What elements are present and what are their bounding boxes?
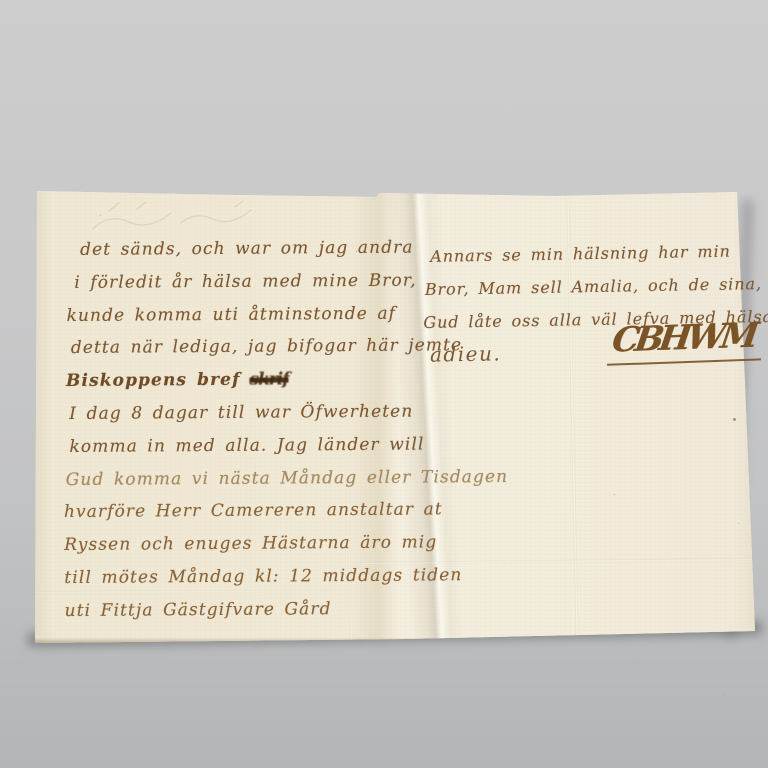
handwritten-line: Biskoppens brefskrif: [63, 362, 508, 398]
closing-word: adieu.: [430, 341, 502, 366]
handwritten-line: uti Fittja Gästgifvare Gård: [65, 592, 510, 628]
handwritten-line: komma in med alla. Jag länder will: [63, 428, 508, 464]
handwritten-line: I dag 8 dagar till war Öfwerheten: [63, 395, 508, 431]
strikethrough-word: skrif: [249, 370, 288, 390]
handwritten-line: hvarföre Herr Camereren anstaltar at: [64, 493, 509, 529]
foxing-specks: [733, 418, 736, 421]
handwritten-line: till mötes Måndag kl: 12 middags tiden: [64, 559, 509, 595]
signature: CBHWM: [607, 315, 767, 366]
handwritten-line: Ryssen och enuges Hästarna äro mig: [64, 526, 509, 562]
line-text: Biskoppens bref: [66, 370, 241, 391]
handwritten-line: Gud komma vi nästa Måndag eller Tisdagen: [64, 460, 509, 496]
photo-backdrop: det sänds, och war om jag andra i förled…: [0, 0, 768, 768]
